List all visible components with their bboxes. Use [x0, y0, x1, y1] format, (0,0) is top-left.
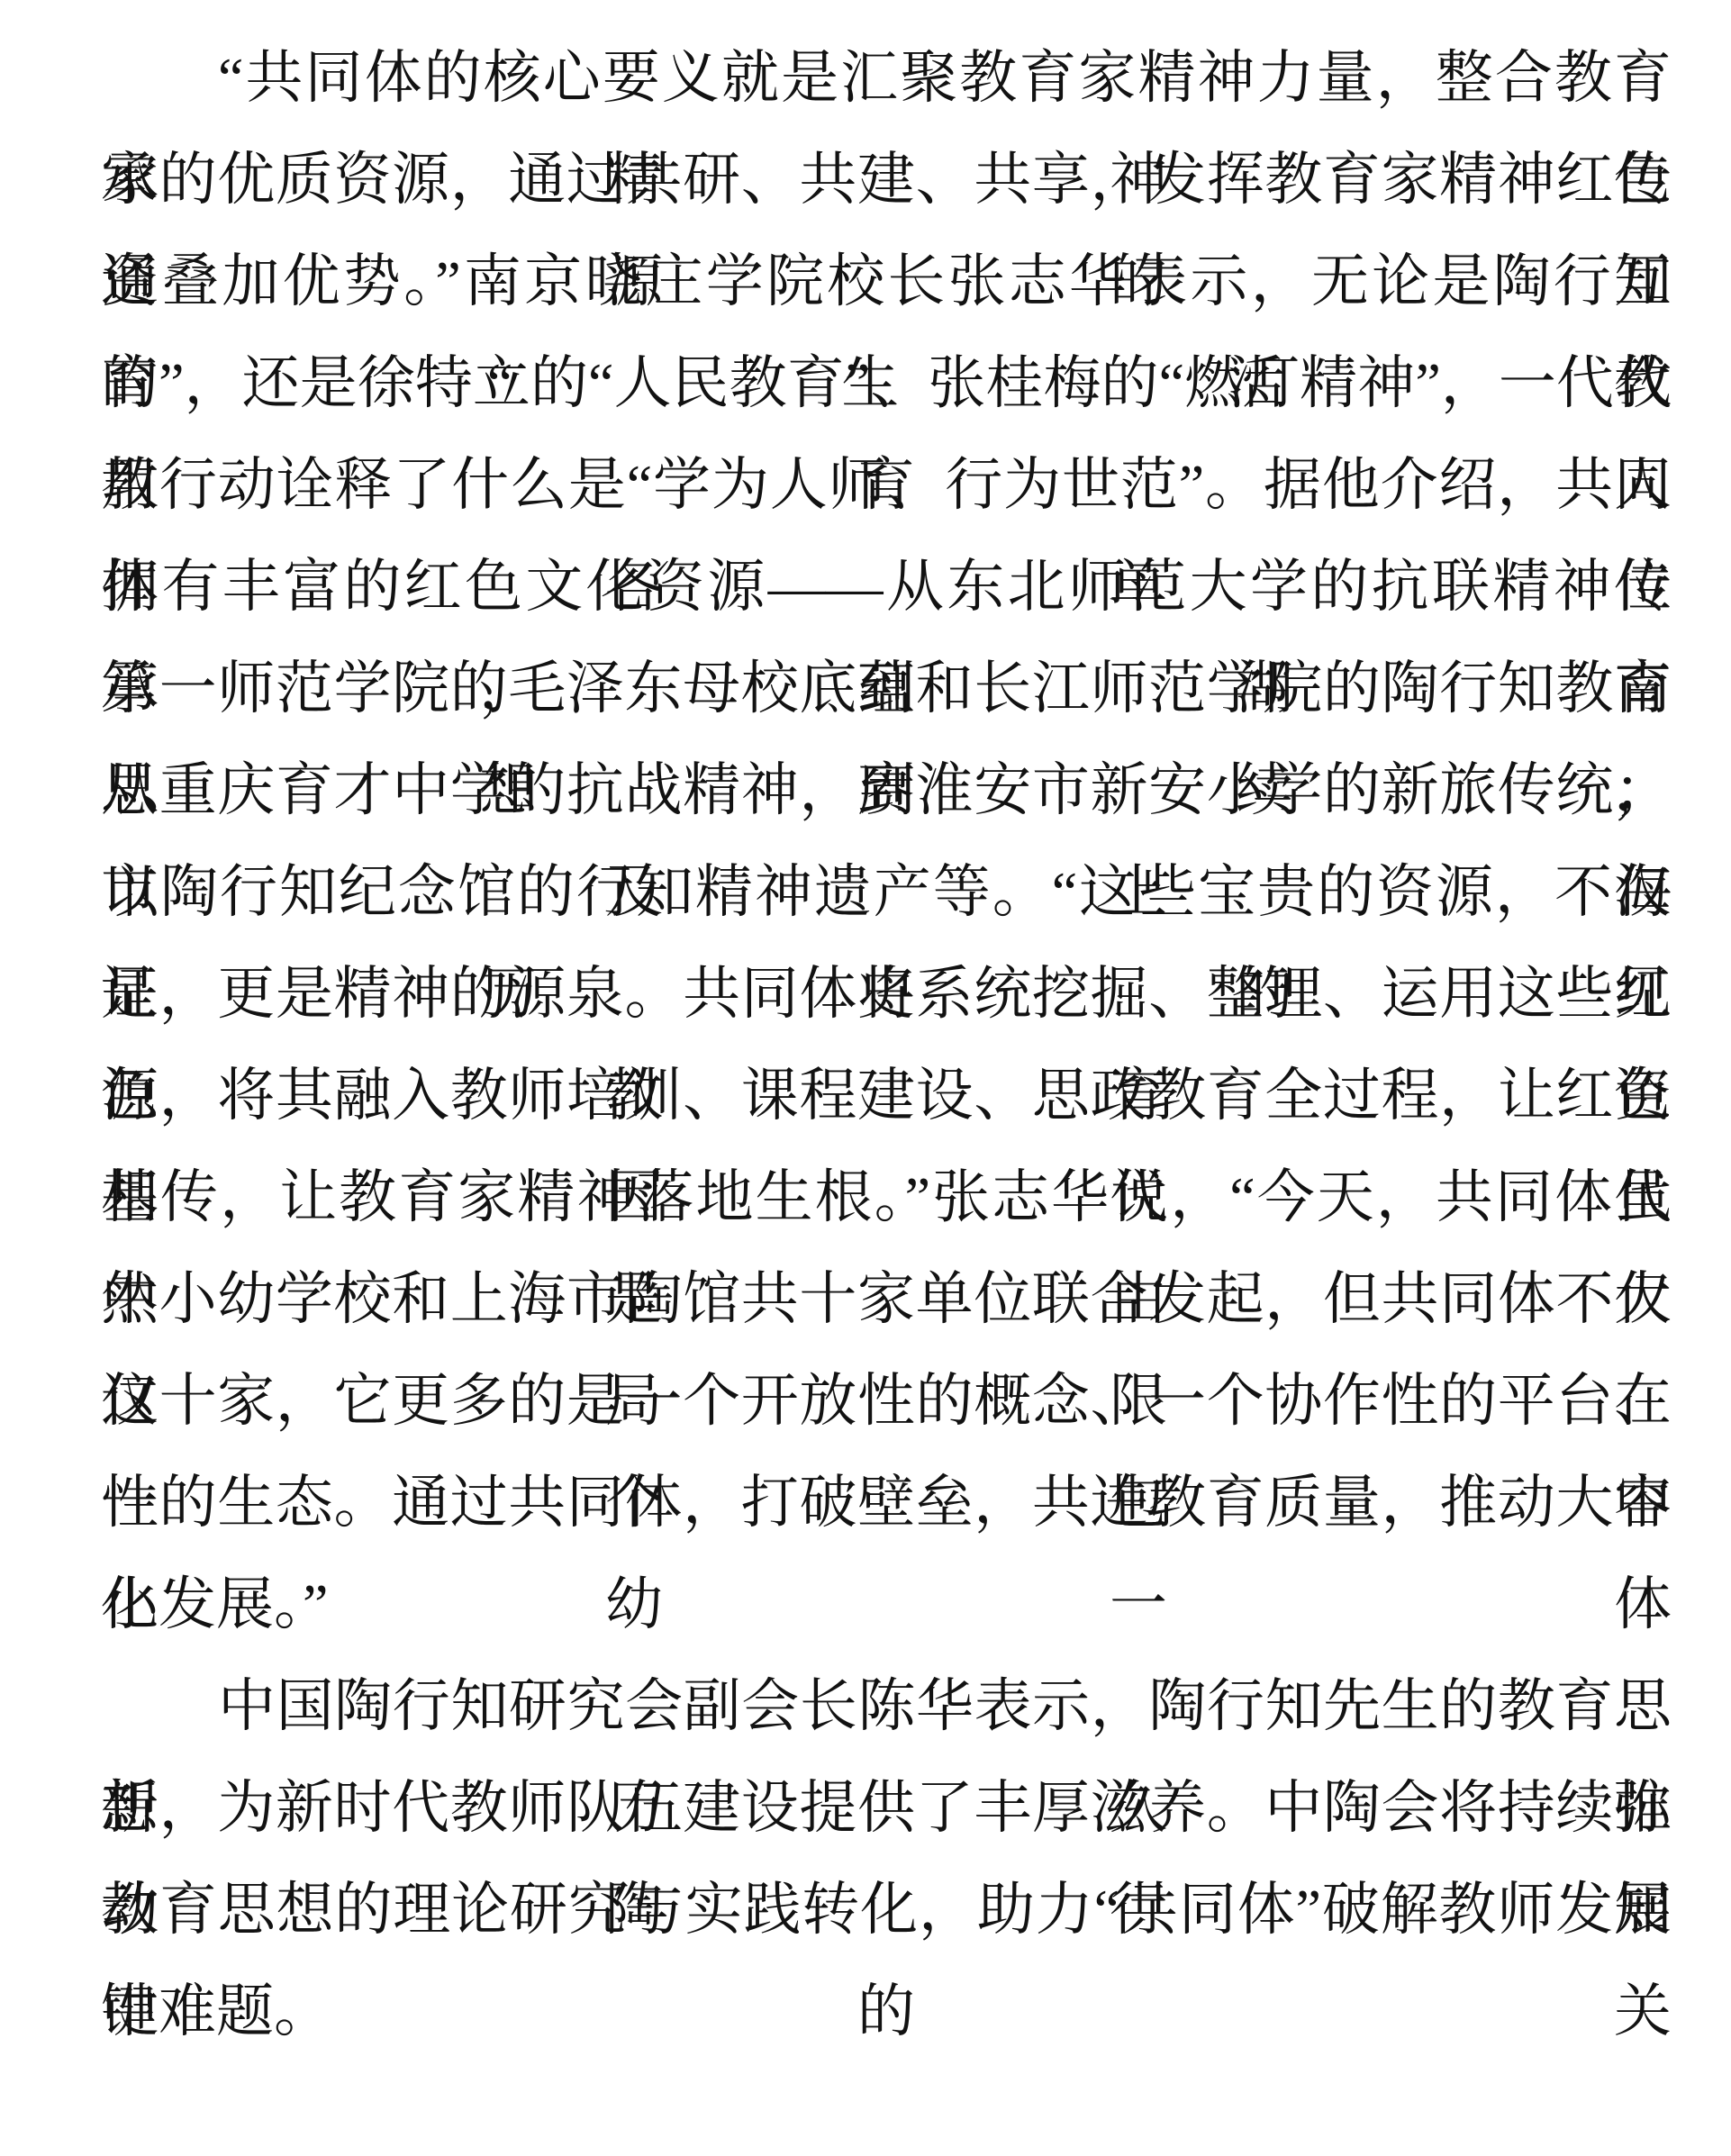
text-line: 市陶行知纪念馆的行知精神遗产等。“这些宝贵的资源，不仅是历史的见 — [101, 841, 1672, 943]
text-line: 第一师范学院的毛泽东母校底蕴和长江师范学院的陶行知教育思想赓续； — [101, 638, 1672, 739]
text-line: 拥有丰富的红色文化资源——从东北师范大学的抗联精神传承，到湖南 — [101, 536, 1672, 638]
text-line: 源，将其融入教师培训、课程建设、思政教育全过程，让红色基因代代 — [101, 1045, 1672, 1146]
document-page: “共同体的核心要义就是汇聚教育家精神力量，整合教育家精神传承的优质资源，通过共研… — [0, 0, 1731, 2156]
text-line: 这十家，它更多的是一个开放性的概念、一个协作性的平台、一个包容 — [101, 1350, 1672, 1452]
text-line: 通叠加优势。”南京晓庄学院校长张志华表示，无论是陶行知的“生活教 — [101, 231, 1672, 332]
text-line: 新，为新时代教师队伍建设提供了丰厚滋养。中陶会将持续推动陶行知 — [101, 1757, 1672, 1859]
text-line: 教育思想的理论研究与实践转化，助力“共同体”破解教师发展中的关 — [101, 1859, 1672, 1961]
text-line: “共同体的核心要义就是汇聚教育家精神力量，整合教育家精神传 — [101, 27, 1672, 129]
text-line: 证，更是精神的源泉。共同体将系统挖掘、整理、运用这些红色教育资 — [101, 943, 1672, 1045]
text-line: 从重庆育才中学的抗战精神，到淮安市新安小学的新旅传统，以及上海 — [101, 739, 1672, 841]
text-line: 中小幼学校和上海市陶馆共十家单位联合发起，但共同体不仅仅局限在 — [101, 1248, 1672, 1350]
text-line: 性的生态。通过共同体，打破壁垒，共进教育质量，推动大中小幼一体 — [101, 1452, 1672, 1554]
text-line: 相传，让教育家精神落地生根。”张志华说，“今天，共同体虽然是由大 — [101, 1146, 1672, 1248]
text-line: 承的优质资源，通过共研、共建、共享，发挥教育家精神红色资源的互 — [101, 129, 1672, 231]
article-text: “共同体的核心要义就是汇聚教育家精神力量，整合教育家精神传承的优质资源，通过共研… — [101, 27, 1672, 2062]
text-line: 用行动诠释了什么是“学为人师、行为世范”。据他介绍，共同体各单位 — [101, 434, 1672, 536]
text-line: 中国陶行知研究会副会长陈华表示，陶行知先生的教育思想历久弥 — [101, 1655, 1672, 1757]
text-line: 育”，还是徐特立的“人民教育”、张桂梅的“燃灯精神”，一代代教育人 — [101, 332, 1672, 434]
